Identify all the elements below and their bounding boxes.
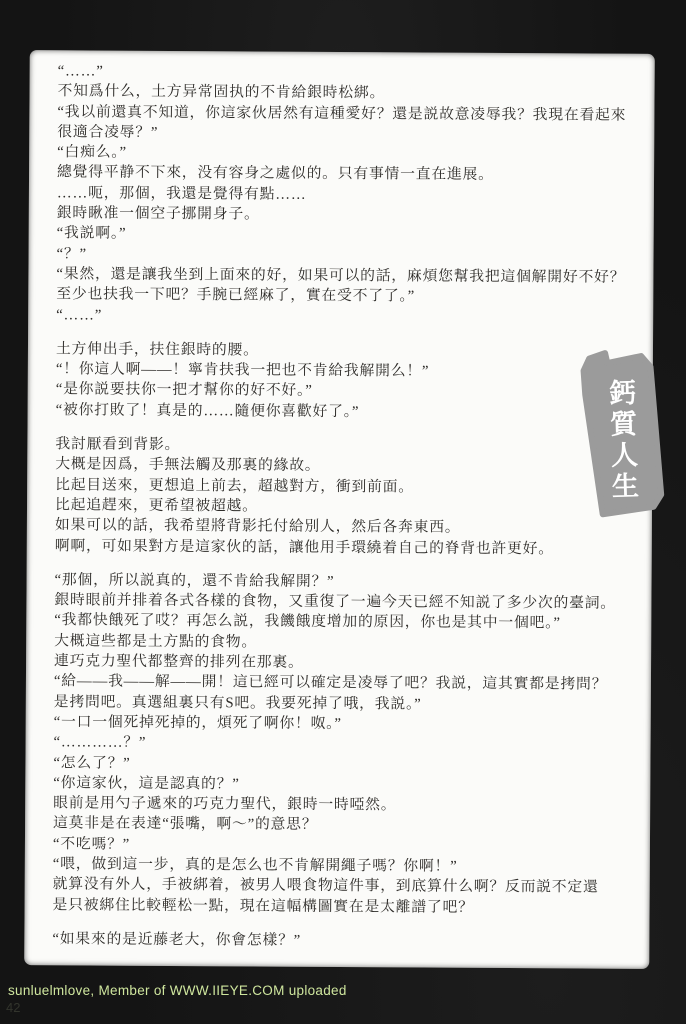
title-stamp: 鈣質人生 [571, 346, 668, 525]
text-line: 啊啊，可如果對方是這家伙的話，讓他用手環繞着自己的脊背也許更好。 [55, 536, 632, 560]
text-line: “如果來的是近藤老大，你會怎樣？” [52, 929, 629, 953]
paragraph: 我討厭看到背影。大概是因爲，手無法觸及那裏的緣故。比起目送來，更想追上前去，超越… [55, 434, 633, 559]
text-line: “……” [56, 305, 633, 329]
paragraph: “如果來的是近藤老大，你會怎樣？” [52, 929, 629, 953]
paragraph: “……”不知爲什么，土方异常固执的不肯給銀時松綁。“我以前還真不知道，你這家伙居… [56, 61, 635, 328]
paragraph: “那個，所以説真的，還不肯給我解開？”銀時眼前并排着各式各樣的食物，又重復了一遍… [53, 570, 632, 919]
paragraph: 土方伸出手，扶住銀時的腰。“！你這人啊——！寧肯扶我一把也不肯給我解開么！”“是… [56, 339, 633, 424]
watermark-text: sunluelmlove, Member of WWW.IIEYE.COM up… [8, 983, 347, 998]
text-line: “…………？” [54, 732, 631, 756]
page-number: 42 [6, 1000, 20, 1015]
text-line: 是只被綁住比較輕松一點，現在這幅構圖實在是太離譜了吧？ [53, 895, 630, 919]
stamp-title-text: 鈣質人生 [595, 365, 643, 516]
page-text: “……”不知爲什么，土方异常固执的不肯給銀時松綁。“我以前還真不知道，你這家伙居… [52, 61, 635, 967]
text-line: 這莫非是在表達“張嘴，啊～”的意思？ [53, 814, 630, 838]
text-line: 很適合凌辱？” [57, 122, 634, 146]
text-line: 銀時瞅准一個空子挪開身子。 [57, 203, 634, 227]
document-page: “……”不知爲什么，土方异常固执的不肯給銀時松綁。“我以前還真不知道，你這家伙居… [24, 50, 655, 969]
text-line: “被你打敗了！真是的……隨便你喜歡好了。” [56, 400, 633, 424]
text-line: 如果可以的話，我希望將背影托付給別人，然后各奔東西。 [55, 515, 632, 539]
text-line: 至少也扶我一下吧？手腕已經麻了，實在受不了了。” [56, 285, 633, 309]
